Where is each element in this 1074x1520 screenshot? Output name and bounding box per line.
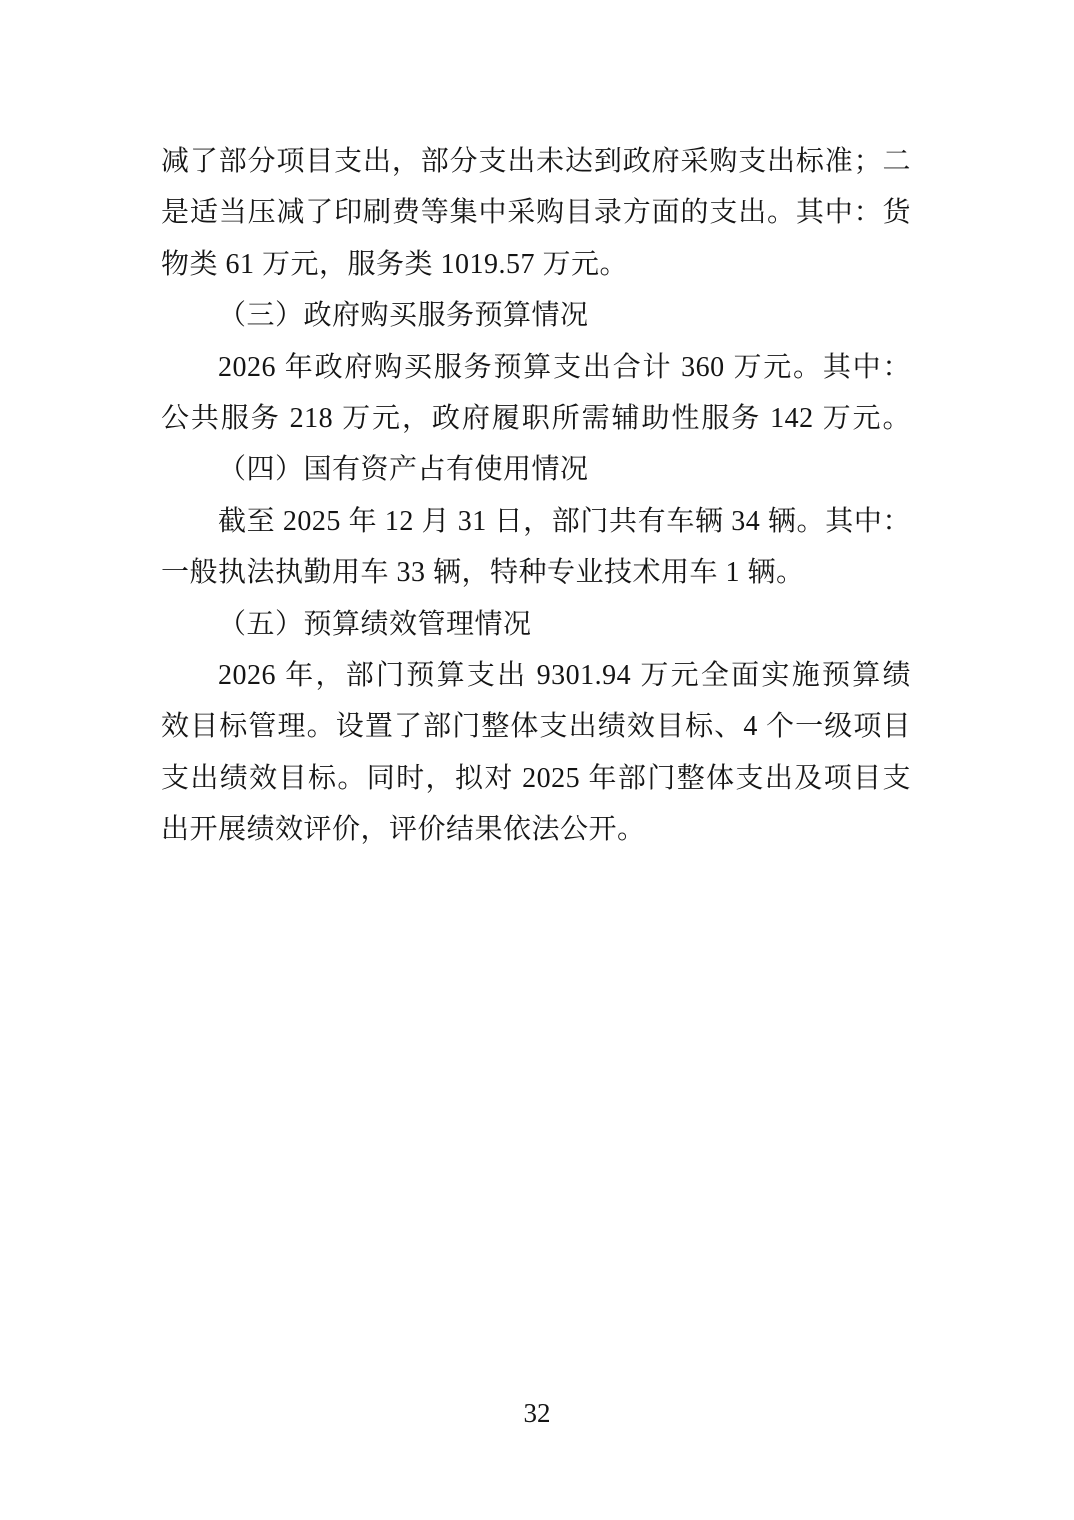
section-heading: （四）国有资产占有使用情况 (161, 444, 911, 495)
text-line: 2026 年，部门预算支出 9301.94 万元全面实施预算绩 (161, 650, 911, 701)
text-line: 物类 61 万元，服务类 1019.57 万元。 (161, 239, 911, 290)
text-line: 一般执法执勤用车 33 辆，特种专业技术用车 1 辆。 (161, 547, 911, 598)
text-line: 效目标管理。设置了部门整体支出绩效目标、4 个一级项目 (161, 701, 911, 752)
section-heading: （三）政府购买服务预算情况 (161, 290, 911, 341)
document-body: 减了部分项目支出，部分支出未达到政府采购支出标准；二 是适当压减了印刷费等集中采… (161, 136, 911, 855)
text-line: 是适当压减了印刷费等集中采购目录方面的支出。其中：货 (161, 187, 911, 238)
text-line: 公共服务 218 万元，政府履职所需辅助性服务 142 万元。 (161, 393, 911, 444)
text-line: 支出绩效目标。同时，拟对 2025 年部门整体支出及项目支 (161, 753, 911, 804)
document-page: 减了部分项目支出，部分支出未达到政府采购支出标准；二 是适当压减了印刷费等集中采… (0, 0, 1074, 1520)
text-line: 截至 2025 年 12 月 31 日，部门共有车辆 34 辆。其中： (161, 496, 911, 547)
text-line: 减了部分项目支出，部分支出未达到政府采购支出标准；二 (161, 136, 911, 187)
section-heading: （五）预算绩效管理情况 (161, 599, 911, 650)
text-line: 2026 年政府购买服务预算支出合计 360 万元。其中： (161, 342, 911, 393)
page-number: 32 (0, 1396, 1074, 1430)
text-line: 出开展绩效评价，评价结果依法公开。 (161, 804, 911, 855)
